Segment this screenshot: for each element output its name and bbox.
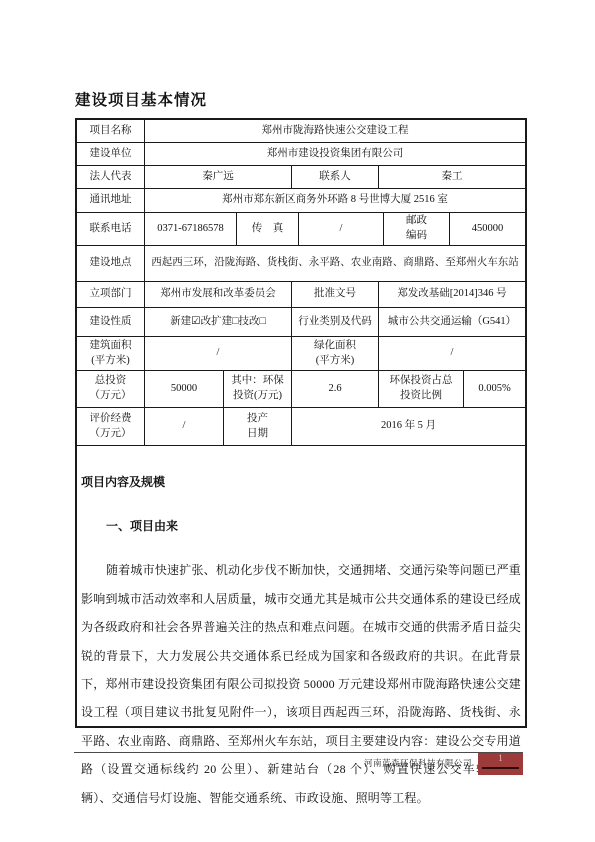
field-label: 评价经费 （万元）: [77, 408, 145, 445]
field-label: 总投资 （万元）: [77, 371, 145, 407]
field-label: 邮政 编码: [384, 213, 450, 245]
footer-divider: [74, 752, 523, 753]
table-row: 立项部门 郑州市发展和改革委员会 批准文号 郑发改基础[2014]346 号: [77, 282, 525, 308]
page-title: 建设项目基本情况: [75, 88, 207, 110]
field-label: 通讯地址: [77, 189, 145, 212]
field-label: 法人代表: [77, 166, 145, 188]
field-value: /: [379, 337, 525, 370]
project-content-cell: 项目内容及规模 一、项目由来 随着城市快速扩张、机动化步伐不断加快，交通拥堵、交…: [77, 446, 525, 726]
table-row: 法人代表 秦广远 联系人 秦工: [77, 166, 525, 189]
field-label: 绿化面积 (平方米): [292, 337, 379, 370]
footer-company-name: 河南蓝森环保科技有限公司: [364, 757, 472, 769]
field-value: 郑州市郑东新区商务外环路 8 号世博大厦 2516 室: [145, 189, 525, 212]
field-value: 秦工: [379, 166, 525, 188]
document-page: 建设项目基本情况 项目名称 郑州市陇海路快速公交建设工程 建设单位 郑州市建设投…: [0, 0, 595, 842]
field-value: 2.6: [292, 371, 379, 407]
field-label: 投产 日期: [224, 408, 292, 445]
field-value: 50000: [145, 371, 224, 407]
page-number: 1: [478, 753, 523, 766]
field-label: 立项部门: [77, 282, 145, 307]
page-number-badge: 1: [478, 753, 523, 775]
table-row: 建设地点 西起西三环，沿陇海路、货栈街、永平路、农业南路、商鼎路、至郑州火车东站: [77, 246, 525, 282]
field-value: 450000: [450, 213, 525, 245]
table-row: 总投资 （万元） 50000 其中：环保 投资(万元) 2.6 环保投资占总 投…: [77, 371, 525, 408]
field-value: /: [145, 408, 224, 445]
field-value: 西起西三环，沿陇海路、货栈街、永平路、农业南路、商鼎路、至郑州火车东站: [145, 246, 525, 281]
field-label: 批准文号: [292, 282, 379, 307]
field-value: 郑州市建设投资集团有限公司: [145, 143, 525, 165]
field-value: 郑州市发展和改革委员会: [145, 282, 292, 307]
field-label: 传 真: [237, 213, 299, 245]
section-subheading: 一、项目由来: [81, 513, 521, 540]
field-label: 其中：环保 投资(万元): [224, 371, 292, 407]
table-row: 建筑面积 (平方米) / 绿化面积 (平方米) /: [77, 337, 525, 371]
field-value: 2016 年 5 月: [292, 408, 525, 445]
field-value: 秦广远: [145, 166, 292, 188]
section-heading: 项目内容及规模: [81, 469, 521, 496]
field-value: 郑州市陇海路快速公交建设工程: [145, 120, 525, 142]
field-value: 城市公共交通运输（G541）: [379, 308, 525, 336]
field-label: 建设地点: [77, 246, 145, 281]
field-label: 建设单位: [77, 143, 145, 165]
field-label: 行业类别及代码: [292, 308, 379, 336]
field-value: /: [299, 213, 384, 245]
table-row: 通讯地址 郑州市郑东新区商务外环路 8 号世博大厦 2516 室: [77, 189, 525, 213]
table-row: 联系电话 0371-67186578 传 真 / 邮政 编码 450000: [77, 213, 525, 246]
field-label: 联系人: [292, 166, 379, 188]
field-value: 郑发改基础[2014]346 号: [379, 282, 525, 307]
table-row: 项目名称 郑州市陇海路快速公交建设工程: [77, 120, 525, 143]
field-label: 联系电话: [77, 213, 145, 245]
field-value: 0.005%: [464, 371, 525, 407]
table-row: 建设性质 新建☑改扩建□技改□ 行业类别及代码 城市公共交通运输（G541）: [77, 308, 525, 337]
page-number-underline: [482, 767, 519, 769]
table-row: 建设单位 郑州市建设投资集团有限公司: [77, 143, 525, 166]
field-label: 建筑面积 (平方米): [77, 337, 145, 370]
table-row: 评价经费 （万元） / 投产 日期 2016 年 5 月: [77, 408, 525, 446]
project-info-table: 项目名称 郑州市陇海路快速公交建设工程 建设单位 郑州市建设投资集团有限公司 法…: [75, 118, 527, 728]
field-value checkbox-group: 新建☑改扩建□技改□: [145, 308, 292, 336]
table-row-content: 项目内容及规模 一、项目由来 随着城市快速扩张、机动化步伐不断加快，交通拥堵、交…: [77, 446, 525, 726]
field-label: 项目名称: [77, 120, 145, 142]
field-label: 建设性质: [77, 308, 145, 336]
field-label: 环保投资占总 投资比例: [379, 371, 464, 407]
project-description-paragraph: 随着城市快速扩张、机动化步伐不断加快，交通拥堵、交通污染等问题已严重影响到城市活…: [81, 556, 521, 812]
field-value: 0371-67186578: [145, 213, 237, 245]
field-value: /: [145, 337, 292, 370]
